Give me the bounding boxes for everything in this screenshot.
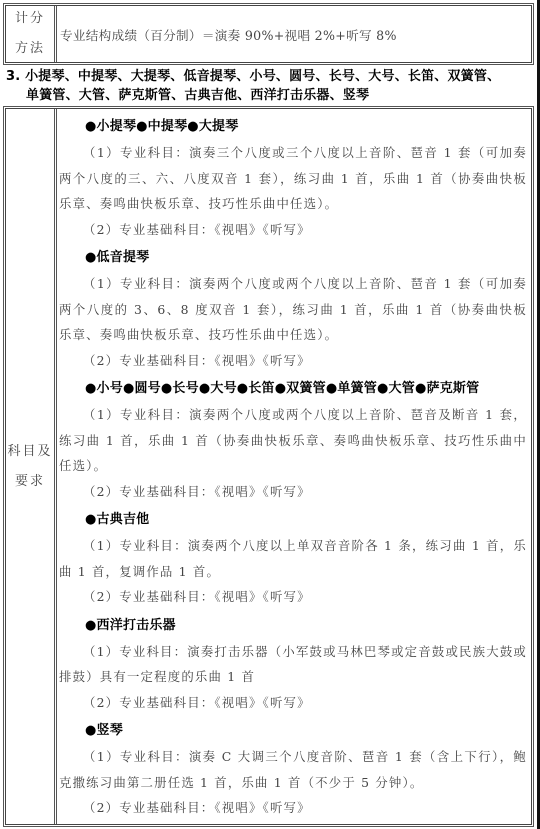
instrument-group-double-bass: ●低音提琴 （1）专业科目：演奏两个八度或两个八度以上音阶、琶音 1 套（可加奏… — [59, 244, 527, 373]
label-line: 科目及 — [7, 437, 52, 467]
major-subject-text: （1）专业科目：演奏两个八度以上单双音音阶各 1 条，练习曲 1 首，乐曲 1 … — [59, 533, 527, 584]
scoring-method-label: 计分 方法 — [6, 6, 57, 62]
label-line: 方法 — [15, 34, 45, 64]
requirements-cell: ●小提琴●中提琴●大提琴 （1）专业科目：演奏三个八度或三个八度以上音阶、琶音 … — [57, 109, 531, 824]
instrument-group-brass-woodwind: ●小号●圆号●长号●大号●长笛●双簧管●单簧管●大管●萨克斯管 （1）专业科目：… — [59, 375, 527, 504]
label-line: 要求 — [15, 467, 45, 497]
subjects-requirements-label: 科目及 要求 — [6, 109, 57, 824]
scoring-formula-cell: 专业结构成绩（百分制）＝演奏 90%+视唱 2%+听写 8% — [57, 6, 531, 62]
major-subject-text: （1）专业科目：演奏两个八度或两个八度以上音阶、琶音及断音 1 套，练习曲 1 … — [59, 402, 527, 479]
major-subject-text: （1）专业科目：演奏三个八度或三个八度以上音阶、琶音 1 套（可加奏两个八度的三… — [59, 140, 527, 217]
instrument-group-classical-guitar: ●古典吉他 （1）专业科目：演奏两个八度以上单双音音阶各 1 条，练习曲 1 首… — [59, 506, 527, 610]
basic-subject-text: （2）专业基础科目：《视唱》《听写》 — [59, 217, 527, 243]
basic-subject-text: （2）专业基础科目：《视唱》《听写》 — [59, 795, 527, 821]
instrument-group-title: ●小提琴●中提琴●大提琴 — [59, 113, 527, 140]
instrument-group-percussion: ●西洋打击乐器 （1）专业科目：演奏打击乐器（小军鼓或马林巴琴或定音鼓或民族大鼓… — [59, 612, 527, 716]
major-subject-text: （1）专业科目：演奏 C 大调三个八度音阶、琶音 1 套（含上下行），鲍克撒练习… — [59, 744, 527, 795]
basic-subject-text: （2）专业基础科目：《视唱》《听写》 — [59, 348, 527, 374]
section-heading: 3. 小提琴、中提琴、大提琴、低音提琴、小号、圆号、长号、大号、长笛、双簧管、 … — [6, 67, 536, 105]
subjects-requirements-table: 科目及 要求 ●小提琴●中提琴●大提琴 （1）专业科目：演奏三个八度或三个八度以… — [3, 106, 534, 827]
section-heading-line2: 单簧管、大管、萨克斯管、古典吉他、西洋打击乐器、竖琴 — [6, 86, 536, 105]
scoring-method-table: 计分 方法 专业结构成绩（百分制）＝演奏 90%+视唱 2%+听写 8% — [3, 3, 534, 65]
instrument-group-harp: ●竖琴 （1）专业科目：演奏 C 大调三个八度音阶、琶音 1 套（含上下行），鲍… — [59, 717, 527, 821]
basic-subject-text: （2）专业基础科目：《视唱》《听写》 — [59, 479, 527, 505]
instrument-group-title: ●小号●圆号●长号●大号●长笛●双簧管●单簧管●大管●萨克斯管 — [59, 375, 527, 402]
label-line: 计分 — [15, 4, 45, 34]
basic-subject-text: （2）专业基础科目：《视唱》《听写》 — [59, 690, 527, 716]
basic-subject-text: （2）专业基础科目：《视唱》《听写》 — [59, 584, 527, 610]
major-subject-text: （1）专业科目：演奏打击乐器（小军鼓或马林巴琴或定音鼓或民族大鼓或排鼓）具有一定… — [59, 639, 527, 690]
instrument-group-title: ●西洋打击乐器 — [59, 612, 527, 639]
major-subject-text: （1）专业科目：演奏两个八度或两个八度以上音阶、琶音 1 套（可加奏两个八度的 … — [59, 271, 527, 348]
instrument-group-violin: ●小提琴●中提琴●大提琴 （1）专业科目：演奏三个八度或三个八度以上音阶、琶音 … — [59, 113, 527, 242]
scoring-formula: 专业结构成绩（百分制）＝演奏 90%+视唱 2%+听写 8% — [60, 25, 397, 44]
instrument-group-title: ●竖琴 — [59, 717, 527, 744]
instrument-group-title: ●低音提琴 — [59, 244, 527, 271]
section-heading-line1: 3. 小提琴、中提琴、大提琴、低音提琴、小号、圆号、长号、大号、长笛、双簧管、 — [6, 69, 500, 84]
instrument-group-title: ●古典吉他 — [59, 506, 527, 533]
